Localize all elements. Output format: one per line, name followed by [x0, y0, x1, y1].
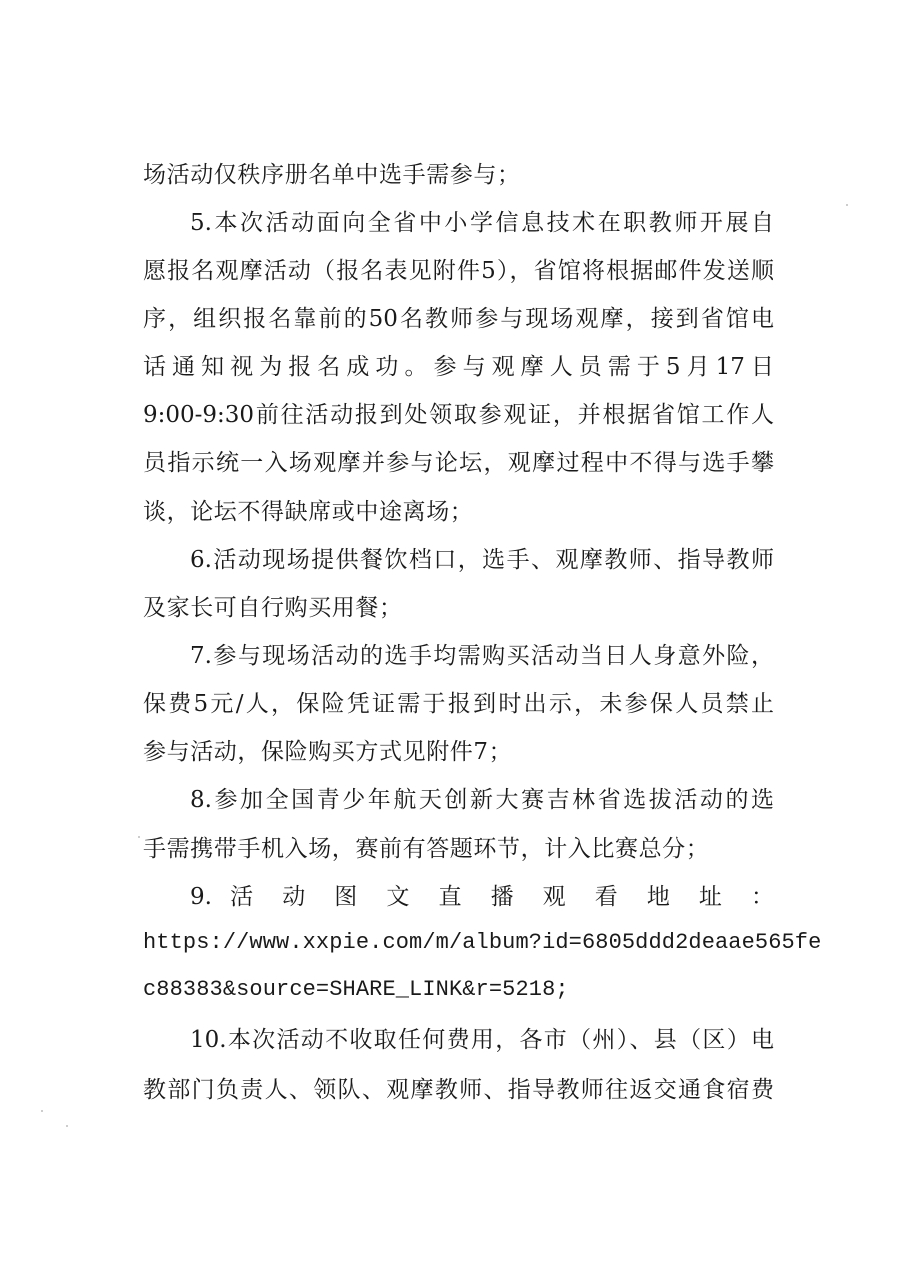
item-8-line-1: 8.参加全国青少年航天创新大赛吉林省选拔活动的选	[190, 776, 774, 824]
scan-speck	[138, 836, 140, 838]
item-5-line-4: 话通知视为报名成功。参与观摩人员需于5月17日	[143, 343, 774, 391]
item-5-line-1: 5.本次活动面向全省中小学信息技术在职教师开展自	[190, 199, 774, 247]
item-6-line-2: 及家长可自行购买用餐；	[143, 584, 774, 632]
document-page: 场活动仅秩序册名单中选手需参与； 5.本次活动面向全省中小学信息技术在职教师开展…	[0, 0, 900, 1269]
item-5-line-5: 9:00-9:30前往活动报到处领取参观证，并根据省馆工作人	[143, 391, 774, 439]
item-7-line-3: 参与活动，保险购买方式见附件7；	[143, 728, 774, 776]
item-5-line-6: 员指示统一入场观摩并参与论坛，观摩过程中不得与选手攀	[143, 439, 774, 487]
item-5-line-2: 愿报名观摩活动（报名表见附件5），省馆将根据邮件发送顺	[143, 247, 774, 295]
item-9-line-1: 9. 活 动 图 文 直 播 观 看 地 址 ：	[190, 873, 774, 921]
item-5-line-7: 谈，论坛不得缺席或中途离场；	[143, 488, 774, 536]
item-8-line-2: 手需携带手机入场，赛前有答题环节，计入比赛总分；	[143, 825, 774, 873]
item-6-line-1: 6.活动现场提供餐饮档口，选手、观摩教师、指导教师	[190, 536, 774, 584]
live-url-line-1[interactable]: https://www.xxpie.com/m/album?id=6805ddd…	[143, 919, 774, 967]
scan-speck	[66, 1125, 68, 1127]
item-10-line-2: 教部门负责人、领队、观摩教师、指导教师往返交通食宿费	[143, 1066, 774, 1114]
scan-speck	[846, 204, 848, 206]
item-7-line-2: 保费5元/人，保险凭证需于报到时出示，未参保人员禁止	[143, 680, 774, 728]
item-5-line-3: 序，组织报名靠前的50名教师参与现场观摩，接到省馆电	[143, 295, 774, 343]
live-url-line-2[interactable]: c88383&source=SHARE_LINK&r=5218;	[143, 966, 774, 1014]
text-line-continuation: 场活动仅秩序册名单中选手需参与；	[143, 151, 774, 199]
scan-speck	[41, 1110, 43, 1112]
item-10-line-1: 10.本次活动不收取任何费用，各市（州）、县（区）电	[190, 1016, 774, 1064]
item-7-line-1: 7.参与现场活动的选手均需购买活动当日人身意外险，	[190, 632, 774, 680]
